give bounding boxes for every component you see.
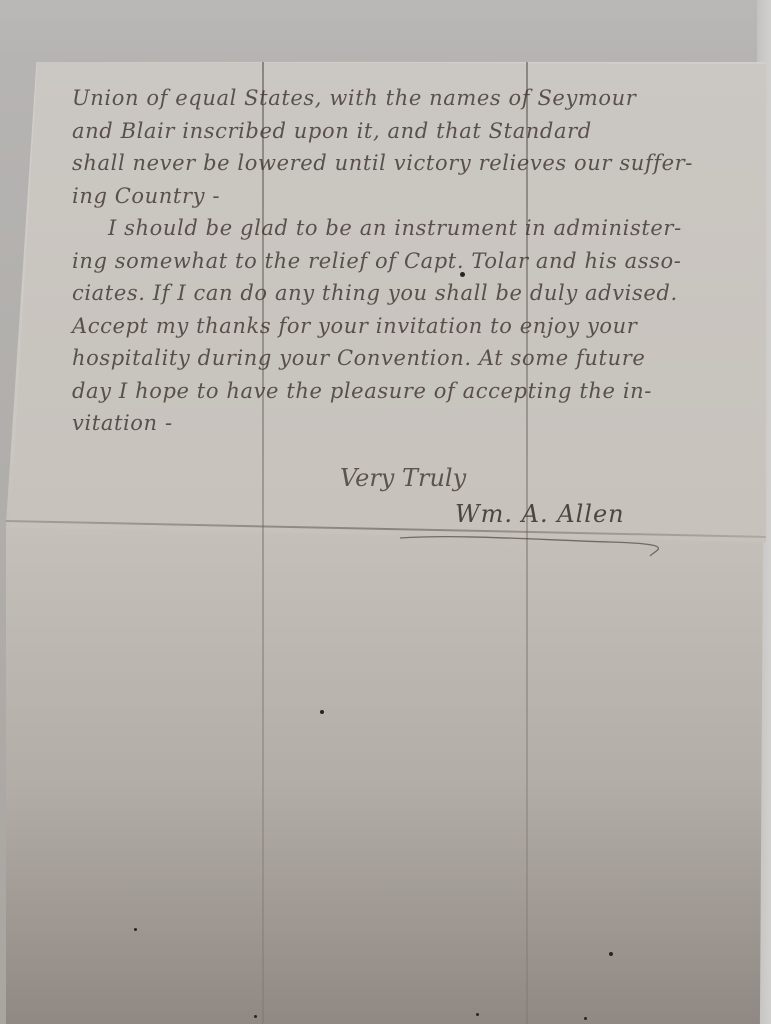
letter-line: I should be glad to be an instrument in … — [72, 212, 752, 245]
letter-closing: Very Truly — [340, 464, 466, 492]
letter-line: ing somewhat to the relief of Capt. Tola… — [72, 245, 752, 278]
letter-line: vitation - — [72, 407, 752, 440]
letter-line: Accept my thanks for your invitation to … — [72, 310, 752, 343]
letter-line: Union of equal States, with the names of… — [72, 82, 752, 115]
ink-speck — [320, 710, 324, 714]
letter-line: hospitality during your Convention. At s… — [72, 342, 752, 375]
ink-speck — [254, 1015, 257, 1018]
letter-line: day I hope to have the pleasure of accep… — [72, 375, 752, 408]
letter-line: shall never be lowered until victory rel… — [72, 147, 752, 180]
ink-speck — [584, 1017, 587, 1020]
ink-speck — [134, 928, 137, 931]
ink-speck — [476, 1013, 479, 1016]
letter-line: ciates. If I can do any thing you shall … — [72, 277, 752, 310]
letter-line: and Blair inscribed upon it, and that St… — [72, 115, 752, 148]
signature-flourish-icon — [400, 520, 660, 560]
ink-speck — [460, 272, 465, 277]
letter-line: ing Country - — [72, 180, 752, 213]
ink-speck — [609, 952, 613, 956]
letter-body: Union of equal States, with the names of… — [72, 82, 752, 440]
